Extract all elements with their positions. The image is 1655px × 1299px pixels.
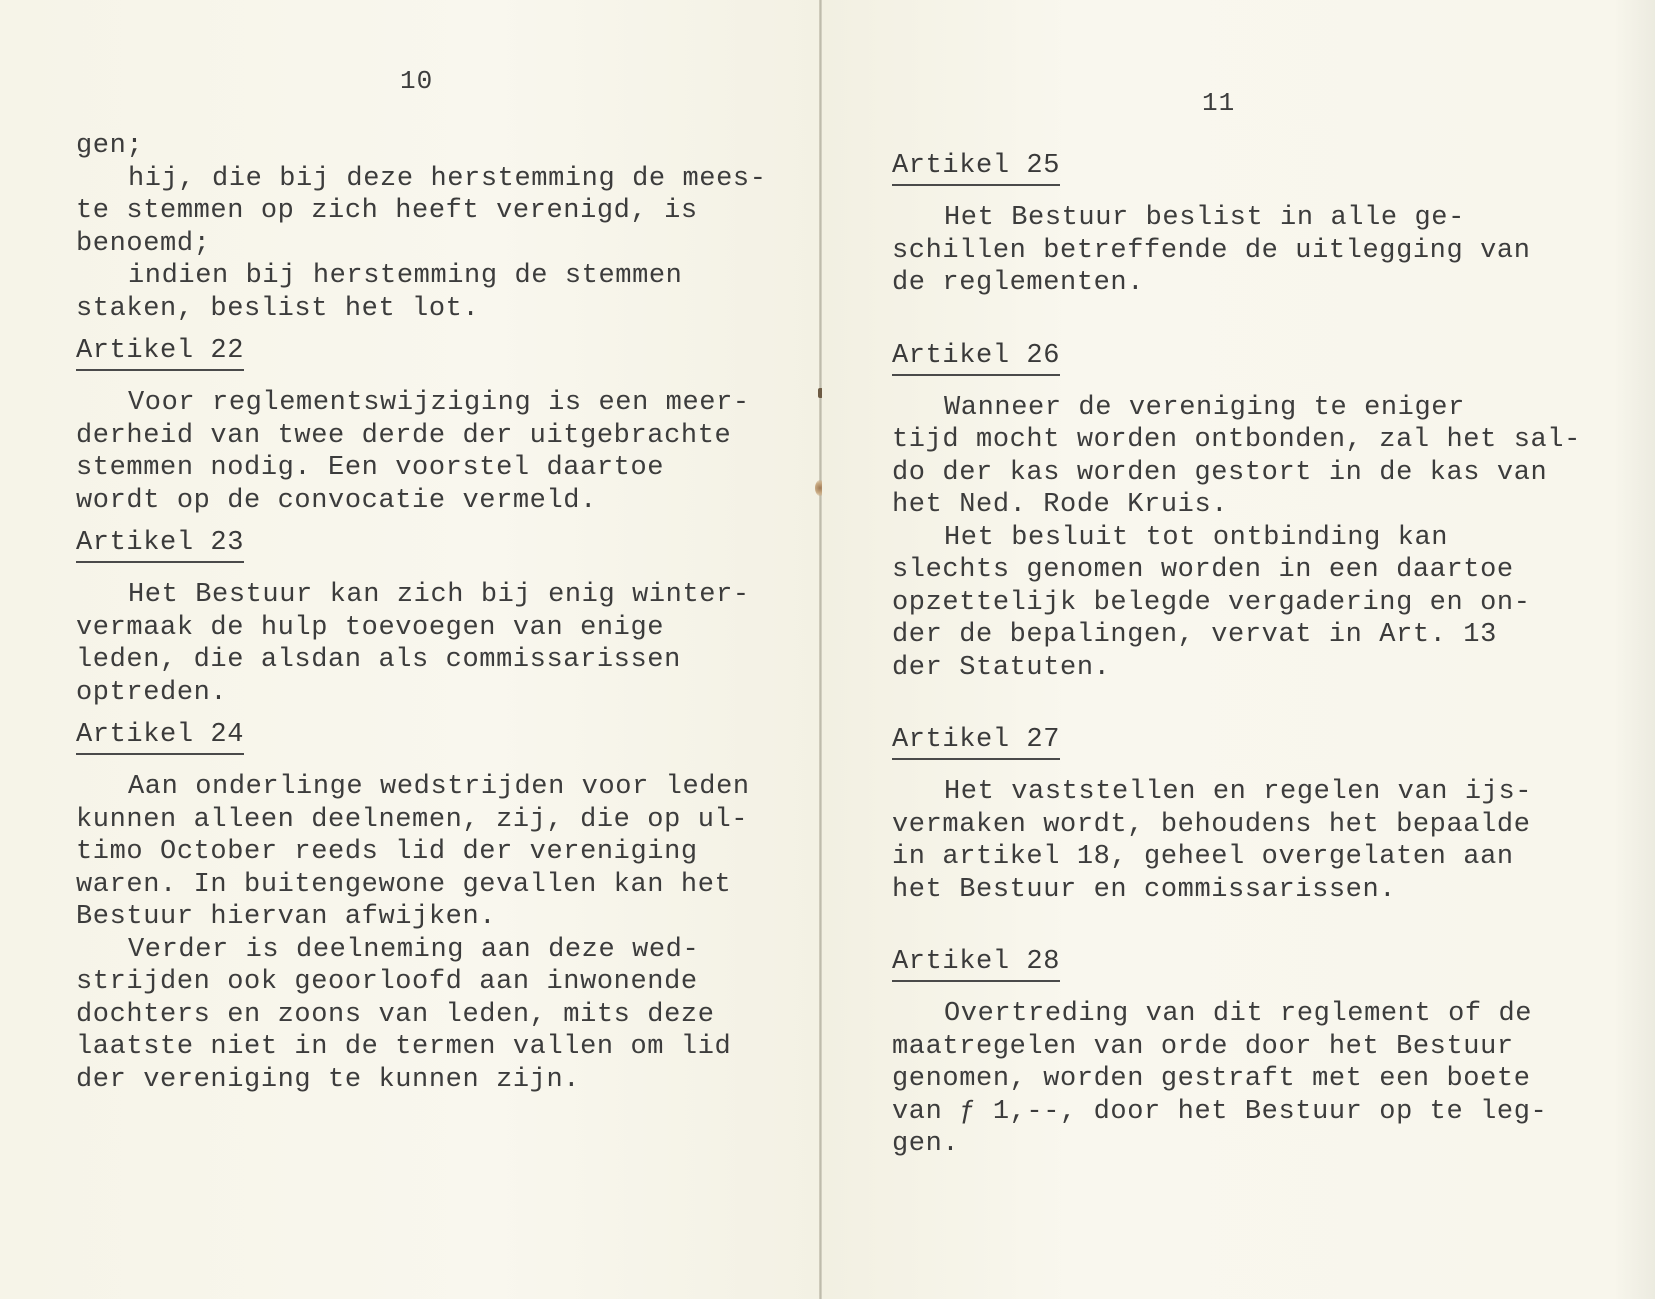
text-line: genomen, worden gestraft met een boete: [892, 1063, 1612, 1096]
booklet-spread: 10 gen;hij, die bij deze herstemming de …: [0, 0, 1655, 1299]
text-line: van ƒ 1,--, door het Bestuur op te leg-: [892, 1096, 1612, 1129]
text-line: het Ned. Rode Kruis.: [892, 489, 1612, 522]
text-line: Voor reglementswijziging is een meer-: [76, 387, 796, 420]
text-line: der vereniging te kunnen zijn.: [76, 1064, 796, 1097]
text-line: laatste niet in de termen vallen om lid: [76, 1031, 796, 1064]
text-line: slechts genomen worden in een daartoe: [892, 554, 1612, 587]
article-section: Artikel 23Het Bestuur kan zich bij enig …: [76, 527, 796, 709]
text-line: kunnen alleen deelnemen, zij, die op ul-: [76, 804, 796, 837]
text-line: Aan onderlinge wedstrijden voor leden: [76, 771, 796, 804]
article-heading: Artikel 27: [892, 724, 1060, 760]
page-number: 10: [400, 66, 433, 96]
text-line: optreden.: [76, 677, 796, 710]
text-line: do der kas worden gestort in de kas van: [892, 457, 1612, 490]
left-page-content: gen;hij, die bij deze herstemming de mee…: [76, 130, 796, 1096]
text-line: Het vaststellen en regelen van ijs-: [892, 776, 1612, 809]
text-line: Verder is deelneming aan deze wed-: [76, 934, 796, 967]
article-heading: Artikel 23: [76, 527, 244, 563]
text-line: der de bepalingen, vervat in Art. 13: [892, 619, 1612, 652]
text-line: Bestuur hiervan afwijken.: [76, 901, 796, 934]
text-line: benoemd;: [76, 228, 796, 261]
article-section: Artikel 28Overtreding van dit reglement …: [892, 946, 1612, 1161]
text-line: maatregelen van orde door het Bestuur: [892, 1031, 1612, 1064]
text-line: staken, beslist het lot.: [76, 293, 796, 326]
text-line: stemmen nodig. Een voorstel daartoe: [76, 452, 796, 485]
article-section: Artikel 25Het Bestuur beslist in alle ge…: [892, 150, 1612, 300]
text-line: der Statuten.: [892, 652, 1612, 685]
right-page-content: Artikel 25Het Bestuur beslist in alle ge…: [892, 150, 1612, 1161]
text-line: schillen betreffende de uitlegging van: [892, 235, 1612, 268]
text-line: vermaken wordt, behoudens het bepaalde: [892, 809, 1612, 842]
text-line: vermaak de hulp toevoegen van enige: [76, 612, 796, 645]
text-line: Het besluit tot ontbinding kan: [892, 522, 1612, 555]
article-heading: Artikel 24: [76, 719, 244, 755]
text-line: timo October reeds lid der vereniging: [76, 836, 796, 869]
text-line: strijden ook geoorloofd aan inwonende: [76, 966, 796, 999]
text-line: waren. In buitengewone gevallen kan het: [76, 869, 796, 902]
article-section: Artikel 22Voor reglementswijziging is ee…: [76, 335, 796, 517]
text-line: Wanneer de vereniging te eniger: [892, 392, 1612, 425]
text-line: het Bestuur en commissarissen.: [892, 874, 1612, 907]
text-line: Het Bestuur kan zich bij enig winter-: [76, 579, 796, 612]
article-heading: Artikel 22: [76, 335, 244, 371]
text-line: indien bij herstemming de stemmen: [76, 260, 796, 293]
text-line: te stemmen op zich heeft verenigd, is: [76, 195, 796, 228]
text-line: de reglementen.: [892, 267, 1612, 300]
article-section: Artikel 27Het vaststellen en regelen van…: [892, 724, 1612, 906]
page-number: 11: [1202, 88, 1235, 118]
article-heading: Artikel 28: [892, 946, 1060, 982]
text-line: leden, die alsdan als commissarissen: [76, 644, 796, 677]
text-line: opzettelijk belegde vergadering en on-: [892, 587, 1612, 620]
right-page: 11 Artikel 25Het Bestuur beslist in alle…: [822, 0, 1655, 1299]
text-line: in artikel 18, geheel overgelaten aan: [892, 841, 1612, 874]
text-line: wordt op de convocatie vermeld.: [76, 485, 796, 518]
text-line: derheid van twee derde der uitgebrachte: [76, 420, 796, 453]
text-line: Het Bestuur beslist in alle ge-: [892, 202, 1612, 235]
text-line: hij, die bij deze herstemming de mees-: [76, 163, 796, 196]
text-line: gen;: [76, 130, 796, 163]
text-line: gen.: [892, 1128, 1612, 1161]
article-section: Artikel 24Aan onderlinge wedstrijden voo…: [76, 719, 796, 1096]
text-line: Overtreding van dit reglement of de: [892, 998, 1612, 1031]
text-line: dochters en zoons van leden, mits deze: [76, 999, 796, 1032]
left-page: 10 gen;hij, die bij deze herstemming de …: [0, 0, 820, 1299]
article-heading: Artikel 26: [892, 340, 1060, 376]
article-section: Artikel 26Wanneer de vereniging te enige…: [892, 340, 1612, 685]
text-line: tijd mocht worden ontbonden, zal het sal…: [892, 424, 1612, 457]
article-heading: Artikel 25: [892, 150, 1060, 186]
